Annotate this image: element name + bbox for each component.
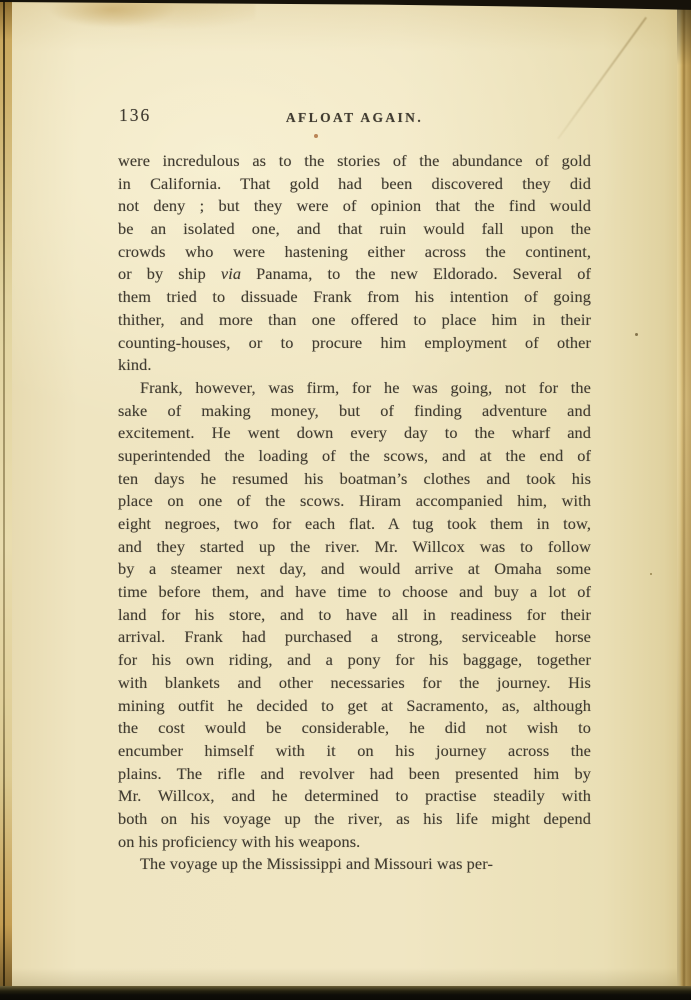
text-line: eight negroes, two for each flat. A tug … (118, 513, 591, 536)
page-body: were incredulous as to the stories of th… (118, 150, 591, 876)
text-line: ten days he resumed his boatman’s clothe… (118, 468, 591, 491)
text-segment: or by ship (118, 264, 221, 283)
text-line: sake of making money, but of finding adv… (118, 400, 591, 423)
book-binding-edge (0, 0, 12, 994)
text-line: encumber himself with it on his journey … (118, 740, 591, 763)
ink-speck (314, 134, 318, 138)
page-header: 136 AFLOAT AGAIN. (118, 105, 591, 129)
text-line: or by ship via Panama, to the new Eldora… (118, 263, 591, 286)
text-line: time before them, and have time to choos… (118, 581, 591, 604)
text-line: Frank, however, was firm, for he was goi… (118, 377, 591, 400)
text-line: superintended the loading of the scows, … (118, 445, 591, 468)
paragraph: were incredulous as to the stories of th… (118, 150, 591, 377)
scan-background-bottom (0, 986, 691, 1000)
text-line: plains. The rifle and revolver had been … (118, 763, 591, 786)
text-line: mining outfit he decided to get at Sacra… (118, 695, 591, 718)
text-line: the cost would be considerable, he did n… (118, 717, 591, 740)
book-page: 136 AFLOAT AGAIN. were incredulous as to… (10, 2, 684, 990)
text-line: for his own riding, and a pony for his b… (118, 649, 591, 672)
text-line: counting-houses, or to procure him emplo… (118, 332, 591, 355)
text-line: and they started up the river. Mr. Willc… (118, 536, 591, 559)
book-page-photo: 136 AFLOAT AGAIN. were incredulous as to… (0, 0, 691, 1000)
text-line: excitement. He went down every day to th… (118, 422, 591, 445)
text-line: be an isolated one, and that ruin would … (118, 218, 591, 241)
text-line: them tried to dissuade Frank from his in… (118, 286, 591, 309)
text-line: crowds who were hastening either across … (118, 241, 591, 264)
text-line: not deny ; but they were of opinion that… (118, 195, 591, 218)
text-line: on his proficiency with his weapons. (118, 831, 591, 854)
page-stain (25, 0, 255, 46)
ink-speck (635, 333, 638, 336)
text-line: thither, and more than one offered to pl… (118, 309, 591, 332)
page-stack-edge (677, 6, 691, 997)
text-line: place on one of the scows. Hiram accompa… (118, 490, 591, 513)
italic-text: via (221, 264, 241, 283)
paragraph: Frank, however, was firm, for he was goi… (118, 377, 591, 853)
text-line: both on his voyage up the river, as his … (118, 808, 591, 831)
text-line: Mr. Willcox, and he determined to practi… (118, 785, 591, 808)
text-line: by a steamer next day, and would arrive … (118, 558, 591, 581)
ink-speck (650, 573, 652, 575)
text-line: were incredulous as to the stories of th… (118, 150, 591, 173)
text-segment: Panama, to the new Eldorado. Several of (241, 264, 591, 283)
text-line: with blankets and other necessaries for … (118, 672, 591, 695)
text-line: in California. That gold had been discov… (118, 173, 591, 196)
text-line: kind. (118, 354, 591, 377)
running-title: AFLOAT AGAIN. (118, 110, 591, 126)
paragraph: The voyage up the Mississippi and Missou… (118, 853, 591, 876)
text-line: arrival. Frank had purchased a strong, s… (118, 626, 591, 649)
text-line: The voyage up the Mississippi and Missou… (118, 853, 591, 876)
text-line: land for his store, and to have all in r… (118, 604, 591, 627)
